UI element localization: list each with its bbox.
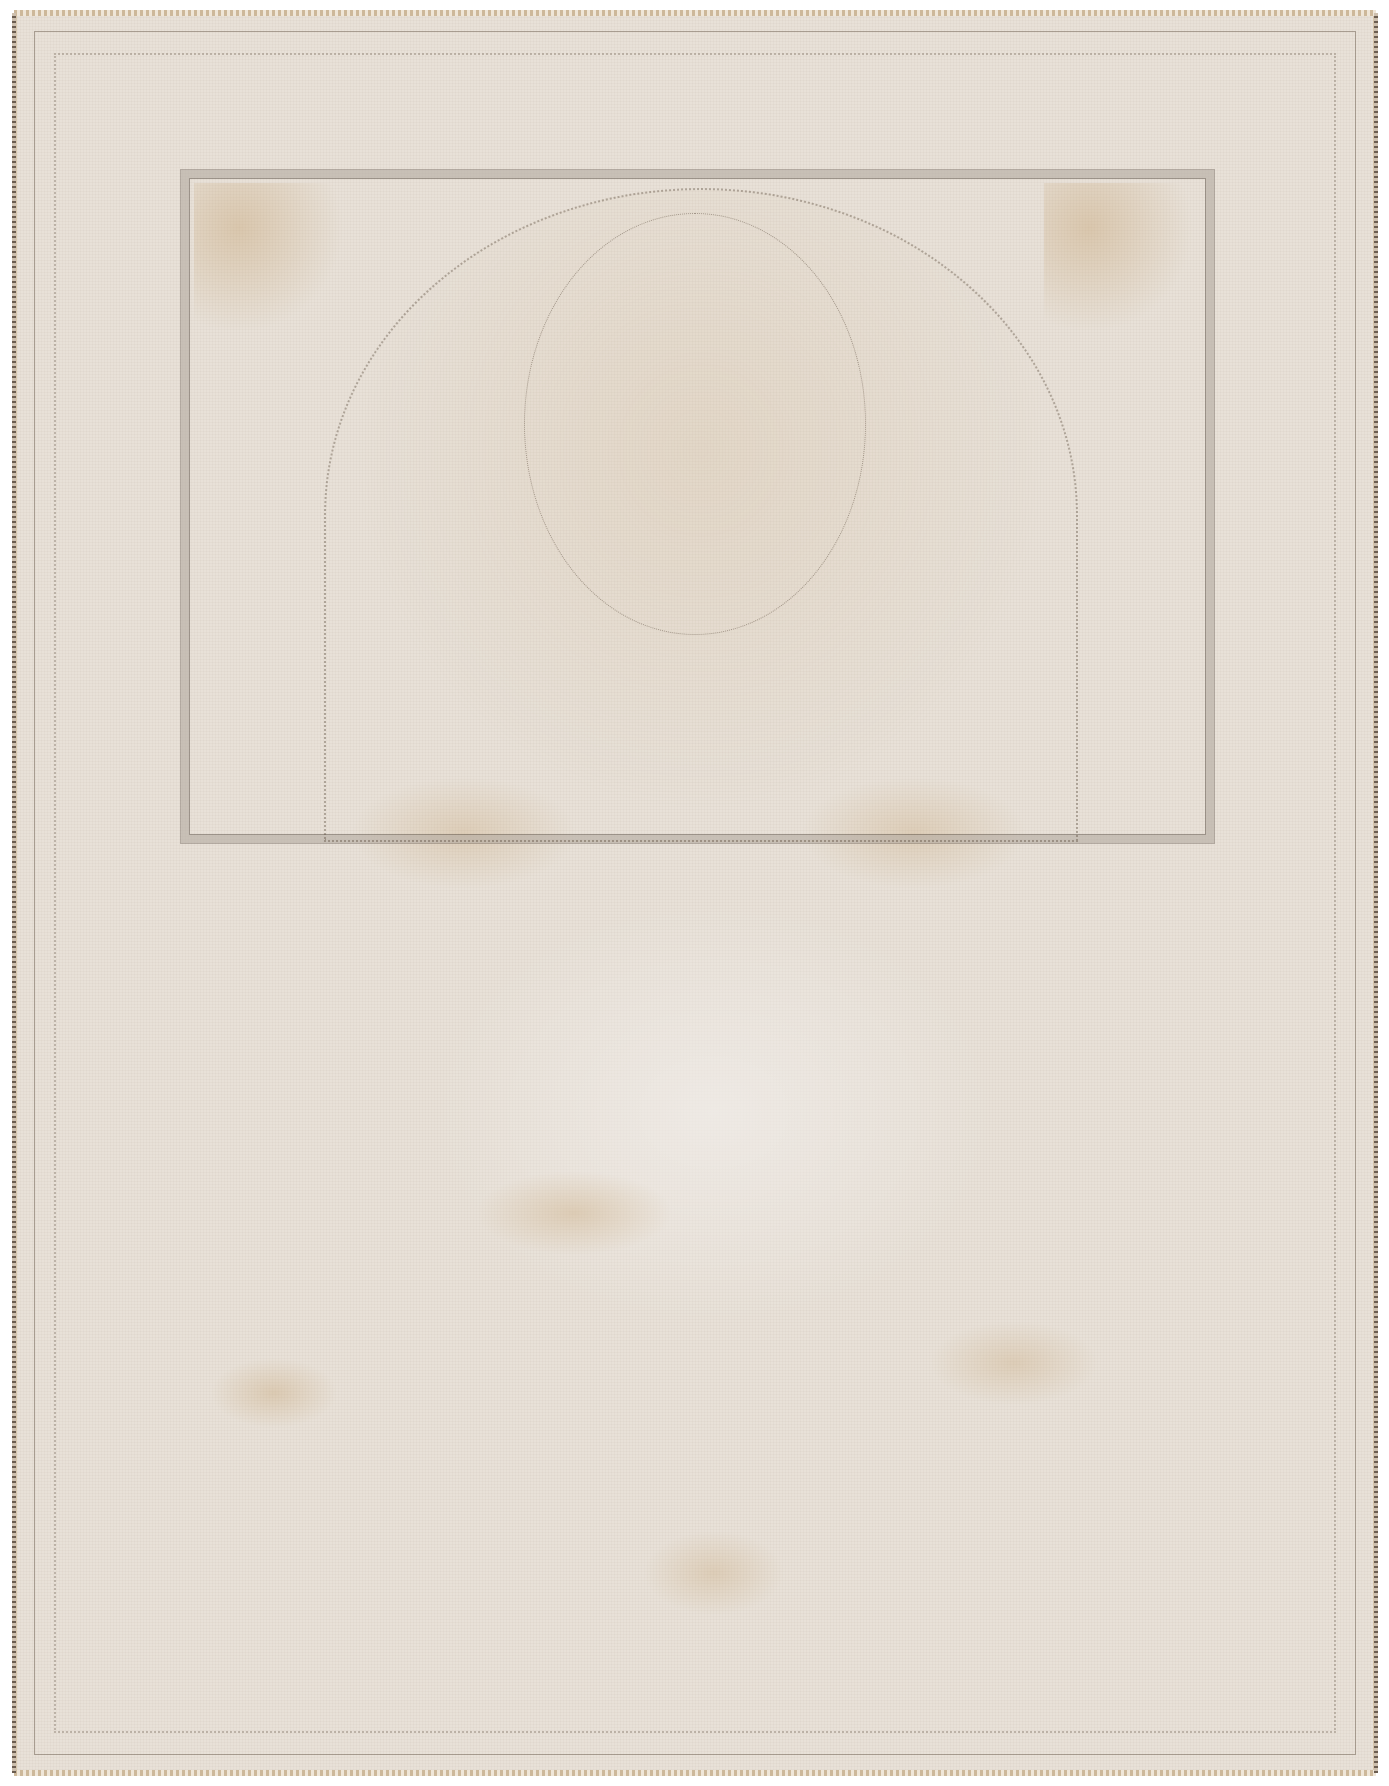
medallion-core [524, 213, 866, 635]
rug-image: Distressed vintage area rug in ivory and… [14, 13, 1376, 1773]
left-selvedge [12, 13, 16, 1773]
right-selvedge [1374, 13, 1378, 1773]
top-fringe [14, 10, 1376, 16]
bottom-fringe [14, 1770, 1376, 1776]
